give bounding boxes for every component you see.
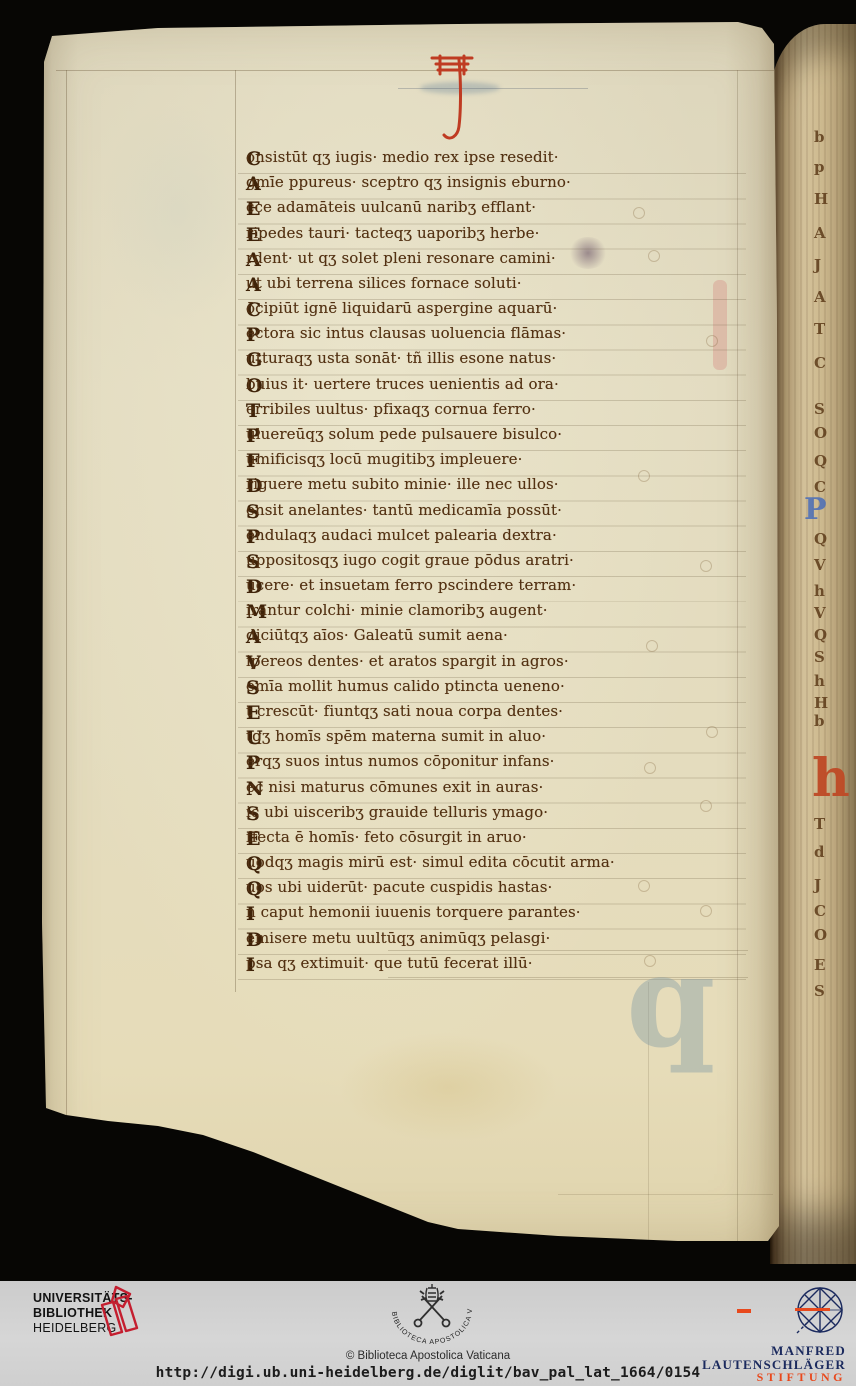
line-text: uos ubi uiderūt· pacute cuspidis hastas· xyxy=(246,878,552,896)
line-text: ut ubi terrena silices fornace soluti· xyxy=(246,274,522,292)
showthrough-initial: q xyxy=(626,927,716,1077)
edge-fragment-letter: S xyxy=(814,982,825,1000)
ruling-bottom-line xyxy=(558,1194,773,1195)
edge-fragment-letter: T xyxy=(814,320,825,338)
edge-fragment-letter: C xyxy=(814,354,826,372)
ml-line1: MANFRED xyxy=(702,1344,846,1358)
edge-fragment-letter: C xyxy=(814,902,826,920)
edge-fragment-letter: d xyxy=(814,843,825,861)
book-fore-edge: bpHAJATCSOQCPQVhVQShHbhTdJCOES xyxy=(770,24,856,1264)
edge-fragment-letter: h xyxy=(814,672,825,690)
line-text: ectora sic intus clausas uoluencia flāma… xyxy=(246,324,566,342)
line-text: ic ubi uisceribʒ grauide telluris ymago· xyxy=(246,803,548,821)
ml-line2: LAUTENSCHLÄGER xyxy=(702,1358,846,1372)
parchment-discoloration xyxy=(338,1032,558,1142)
line-text: emisere metu uultūqʒ animūqʒ pelasgi· xyxy=(246,929,550,947)
line-text: uluereūqʒ solum pede pulsauere bisulco· xyxy=(246,425,562,443)
line-text: riguere metu subito minie· ille nec ullo… xyxy=(246,475,559,493)
line-text: diciūtqʒ aīos· Galeatū sumit aena· xyxy=(246,626,508,644)
edge-fragment-letter: S xyxy=(814,400,825,418)
line-text: cce adamāteis uulcanū naribʒ efflant· xyxy=(246,198,536,216)
line-text: ripedes tauri· tacteqʒ uaporibʒ herbe· xyxy=(246,224,539,242)
line-text: uodqʒ magis mirū est· simul edita cōcuti… xyxy=(246,853,615,871)
line-text: erribiles uultus· pfixaqʒ cornua ferro· xyxy=(246,400,536,418)
ml-stiftung-wordmark: MANFRED LAUTENSCHLÄGER STIFTUNG xyxy=(702,1344,846,1385)
ub-stacked-books-logo-icon xyxy=(92,1285,142,1341)
footer-credits-bar: UNIVERSITÄTS- BIBLIOTHEK HEIDELBERG xyxy=(0,1281,856,1386)
digitized-manuscript-viewer: bpHAJATCSOQCPQVhVQShHbhTdJCOES Consistūt… xyxy=(0,0,856,1386)
manuscript-text-block: Consistūt qʒ iugis· medio rex ipse resed… xyxy=(246,148,756,988)
line-text: onsistūt qʒ iugis· medio rex ipse resedi… xyxy=(246,148,559,166)
line-text: n caput hemonii iuuenis torquere parante… xyxy=(246,903,581,921)
line-text: uppositosqʒ iugo cogit graue pōdus aratr… xyxy=(246,551,574,569)
ruling-top-line xyxy=(56,70,774,71)
line-text: rdent· ut qʒ solet pleni resonare camini… xyxy=(246,249,556,267)
line-text: psa qʒ extimuit· que tutū fecerat illū· xyxy=(246,954,533,972)
edge-fragment-letter: J xyxy=(814,876,821,894)
line-text: umificisqʒ locū mugitibʒ impleuere· xyxy=(246,450,523,468)
edge-fragment-red-large: h xyxy=(812,748,850,809)
edge-fragment-letter: Q xyxy=(814,452,827,470)
edge-fragment-letter: h xyxy=(814,582,825,600)
line-text: endulaqʒ audaci mulcet palearia dextra· xyxy=(246,526,557,544)
line-text: erqʒ suos intus numos cōponitur infans· xyxy=(246,752,555,770)
line-text: t crescūt· fiuntqʒ sati noua corpa dente… xyxy=(246,702,563,720)
edge-fragment-letter: H xyxy=(814,190,828,208)
ml-stiftung-globe-logo-icon xyxy=(795,1285,845,1335)
line-text: ensit anelantes· tantū medicamīa possūt· xyxy=(246,501,562,519)
edge-fragment-letter: Q xyxy=(814,626,827,644)
line-text: emīa mollit humus calido ptincta ueneno· xyxy=(246,677,565,695)
line-text: buius it· uertere truces uenientis ad or… xyxy=(246,375,559,393)
manuscript-page: Consistūt qʒ iugis· medio rex ipse resed… xyxy=(38,22,780,1246)
edge-fragment-letter: Q xyxy=(814,530,827,548)
edge-fragment-letter: E xyxy=(814,956,825,974)
line-text: tqʒ homīs spēm materna sumit in aluo· xyxy=(246,727,546,745)
parchment-mottling xyxy=(98,102,258,322)
line-text: ec nisi maturus cōmunes exit in auras· xyxy=(246,778,543,796)
edge-fragment-blue: P xyxy=(804,492,827,527)
ruling-initial-column-line xyxy=(235,70,236,992)
vatican-library-seal-icon: BIBLIOTECA APOSTOLICA VATICANA xyxy=(384,1284,480,1348)
line-text: ffecta ē homīs· feto cōsurgit in aruo· xyxy=(246,828,527,846)
edge-fragment-letter: p xyxy=(814,158,825,176)
ml-line3: STIFTUNG xyxy=(702,1371,846,1385)
edge-fragment-letter: S xyxy=(814,648,825,666)
line-text: ipereos dentes· et aratos spargit in agr… xyxy=(246,652,569,670)
edge-fragment-letter: V xyxy=(814,604,826,622)
line-text: ōcipiūt ignē liquidarū aspergine aquarū· xyxy=(246,299,557,317)
ruling-left-margin-line xyxy=(66,70,67,1115)
line-text: ucere· et insuetam ferro pscindere terra… xyxy=(246,576,576,594)
edge-fragment-letter: b xyxy=(814,712,825,730)
edge-fragment-letter: V xyxy=(814,556,826,574)
edge-fragment-letter: A xyxy=(814,288,826,306)
edge-fragment-letter: T xyxy=(814,815,825,833)
edge-fragment-letter: H xyxy=(814,694,828,712)
edge-fragment-letter: O xyxy=(814,424,827,442)
edge-fragment-letter: J xyxy=(814,256,821,274)
red-pen-initial-icon xyxy=(426,50,478,150)
edge-fragment-letter: b xyxy=(814,128,825,146)
line-text: utturaqʒ usta sonāt· tñ illis esone natu… xyxy=(246,349,556,367)
ml-logo-red-dash xyxy=(737,1309,751,1313)
line-text: gmīe ppureus· sceptro qʒ insignis eburno… xyxy=(246,173,571,191)
line-text: irantur colchi· minie clamoribʒ augent· xyxy=(246,601,548,619)
edge-fragment-letter: A xyxy=(814,224,826,242)
edge-fragment-letter: O xyxy=(814,926,827,944)
